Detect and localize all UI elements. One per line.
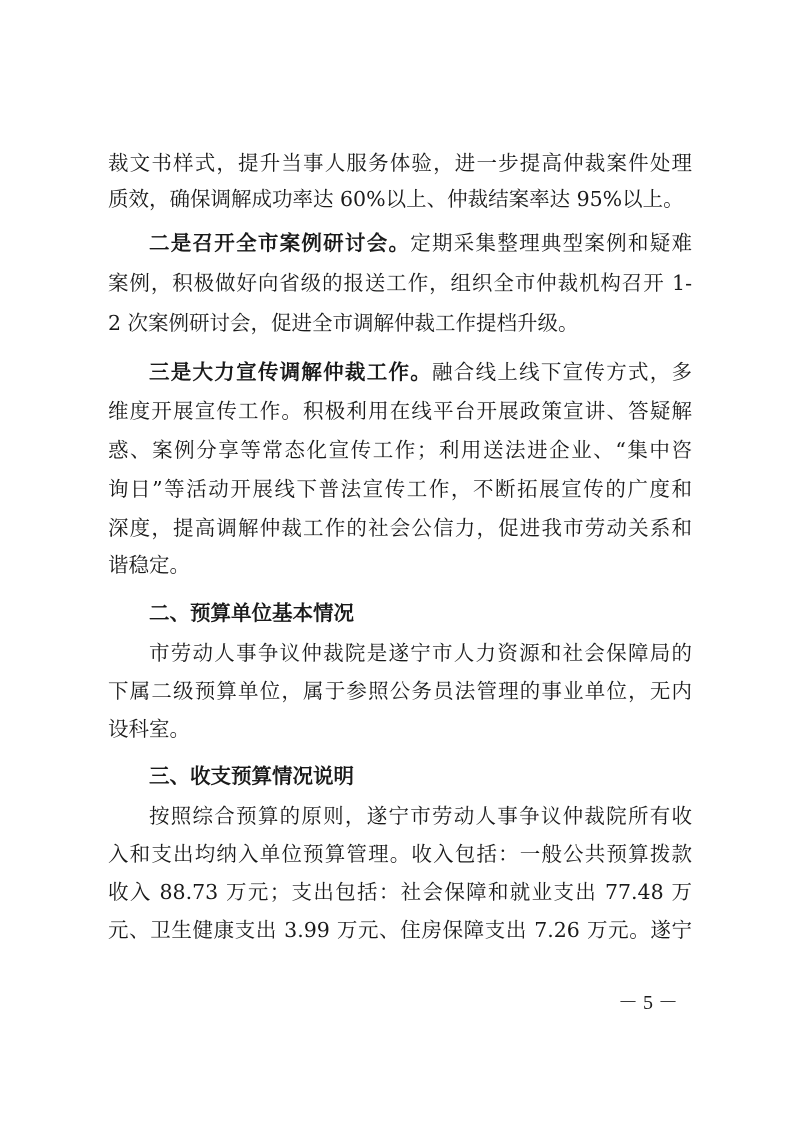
body-text-line: 案例，积极做好向省级的报送工作，组织全市仲裁机构召开 1- [108, 270, 692, 296]
paragraph-lead-text: 二是召开全市案例研讨会。 [149, 231, 410, 255]
body-text-line: 三是大力宣传调解仲裁工作。融合线上线下宣传方式，多 [149, 359, 692, 385]
body-text-line: 2 次案例研讨会，促进全市调解仲裁工作提档升级。 [108, 310, 692, 336]
body-text-line: 惑、案例分享等常态化宣传工作；利用送法进企业、“集中咨 [108, 437, 692, 463]
body-text-line: 维度开展宣传工作。积极利用在线平台开展政策宣讲、答疑解 [108, 398, 692, 424]
page-number: － 5 － [618, 990, 678, 1016]
section-heading: 三、收支预算情况说明 [149, 763, 354, 789]
body-text-line: 入和支出均纳入单位预算管理。收入包括：一般公共预算拨款 [108, 841, 692, 867]
body-text-line: 收入 88.73 万元；支出包括：社会保障和就业支出 77.48 万 [108, 879, 692, 905]
body-text: 融合线上线下宣传方式，多 [432, 360, 692, 384]
body-text-line: 二是召开全市案例研讨会。定期采集整理典型案例和疑难 [149, 230, 692, 256]
body-text: 定期采集整理典型案例和疑难 [410, 231, 692, 255]
body-text-line: 询日”等活动开展线下普法宣传工作，不断拓展宣传的广度和 [108, 476, 692, 502]
body-text-line: 下属二级预算单位，属于参照公务员法管理的事业单位，无内 [108, 678, 692, 704]
paragraph-lead-text: 三是大力宣传调解仲裁工作。 [149, 360, 432, 384]
body-text-line: 深度，提高调解仲裁工作的社会公信力，促进我市劳动关系和 [108, 515, 692, 541]
body-text-line: 设科室。 [108, 716, 692, 742]
body-text-line: 元、卫生健康支出 3.99 万元、住房保障支出 7.26 万元。遂宁 [108, 917, 692, 943]
body-text-line: 裁文书样式，提升当事人服务体验，进一步提高仲裁案件处理 [108, 150, 692, 176]
body-text-line: 按照综合预算的原则，遂宁市劳动人事争议仲裁院所有收 [149, 803, 692, 829]
body-text-line: 谐稳定。 [108, 552, 692, 578]
section-heading: 二、预算单位基本情况 [149, 600, 354, 626]
body-text-line: 质效，确保调解成功率达 60%以上、仲裁结案率达 95%以上。 [108, 186, 692, 212]
body-text-line: 市劳动人事争议仲裁院是遂宁市人力资源和社会保障局的 [149, 640, 692, 666]
